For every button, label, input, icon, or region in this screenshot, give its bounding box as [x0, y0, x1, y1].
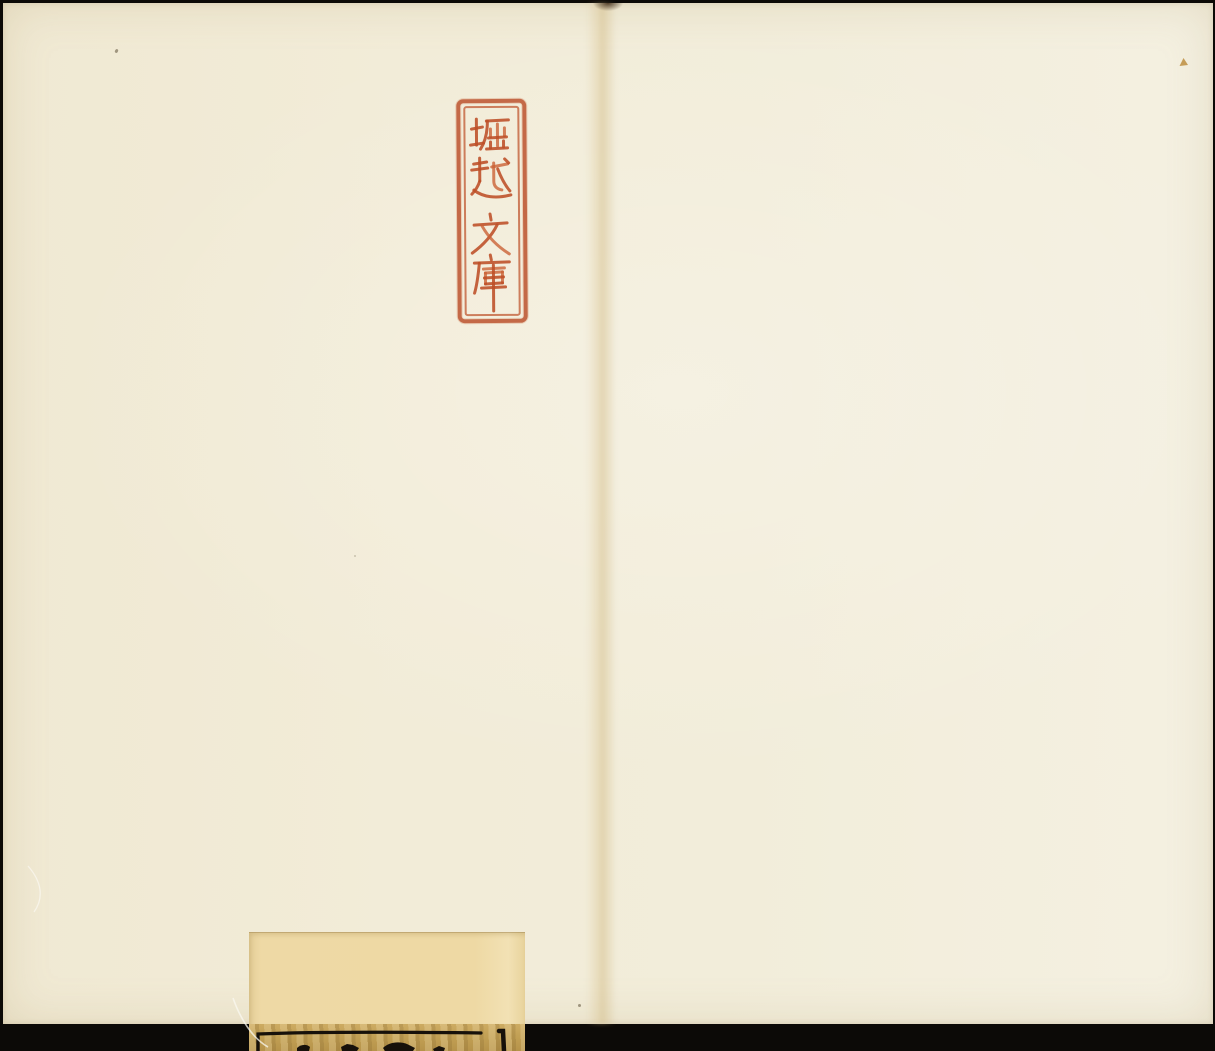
label-character-fragments — [297, 1042, 445, 1051]
paper-speck — [578, 1004, 581, 1007]
center-fold-crease — [586, 3, 616, 1024]
scan-root: 堀越文庫 — [0, 0, 1215, 1051]
label-frame-corner — [499, 1031, 504, 1051]
seal-text: 堀越文庫 — [456, 99, 457, 100]
pasted-paper-slip — [249, 932, 525, 1025]
foxing-spot — [1179, 58, 1188, 66]
seal-kanji-glyphs — [467, 109, 516, 313]
seal-char-2-glyph — [472, 158, 511, 197]
seal-char-3-glyph — [472, 214, 509, 254]
cover-title-label — [249, 1024, 525, 1051]
seal-char-4-glyph — [474, 255, 509, 311]
paper-speck — [354, 555, 356, 557]
book-endpaper-spread — [3, 3, 1213, 1024]
paper-speck — [114, 49, 119, 54]
label-frame-line — [258, 1032, 481, 1039]
ownership-stamp: 堀越文庫 — [456, 99, 528, 323]
fold-top-notch — [593, 3, 623, 11]
seal-char-1-glyph — [470, 119, 508, 149]
label-ink-fragments — [249, 1024, 525, 1051]
